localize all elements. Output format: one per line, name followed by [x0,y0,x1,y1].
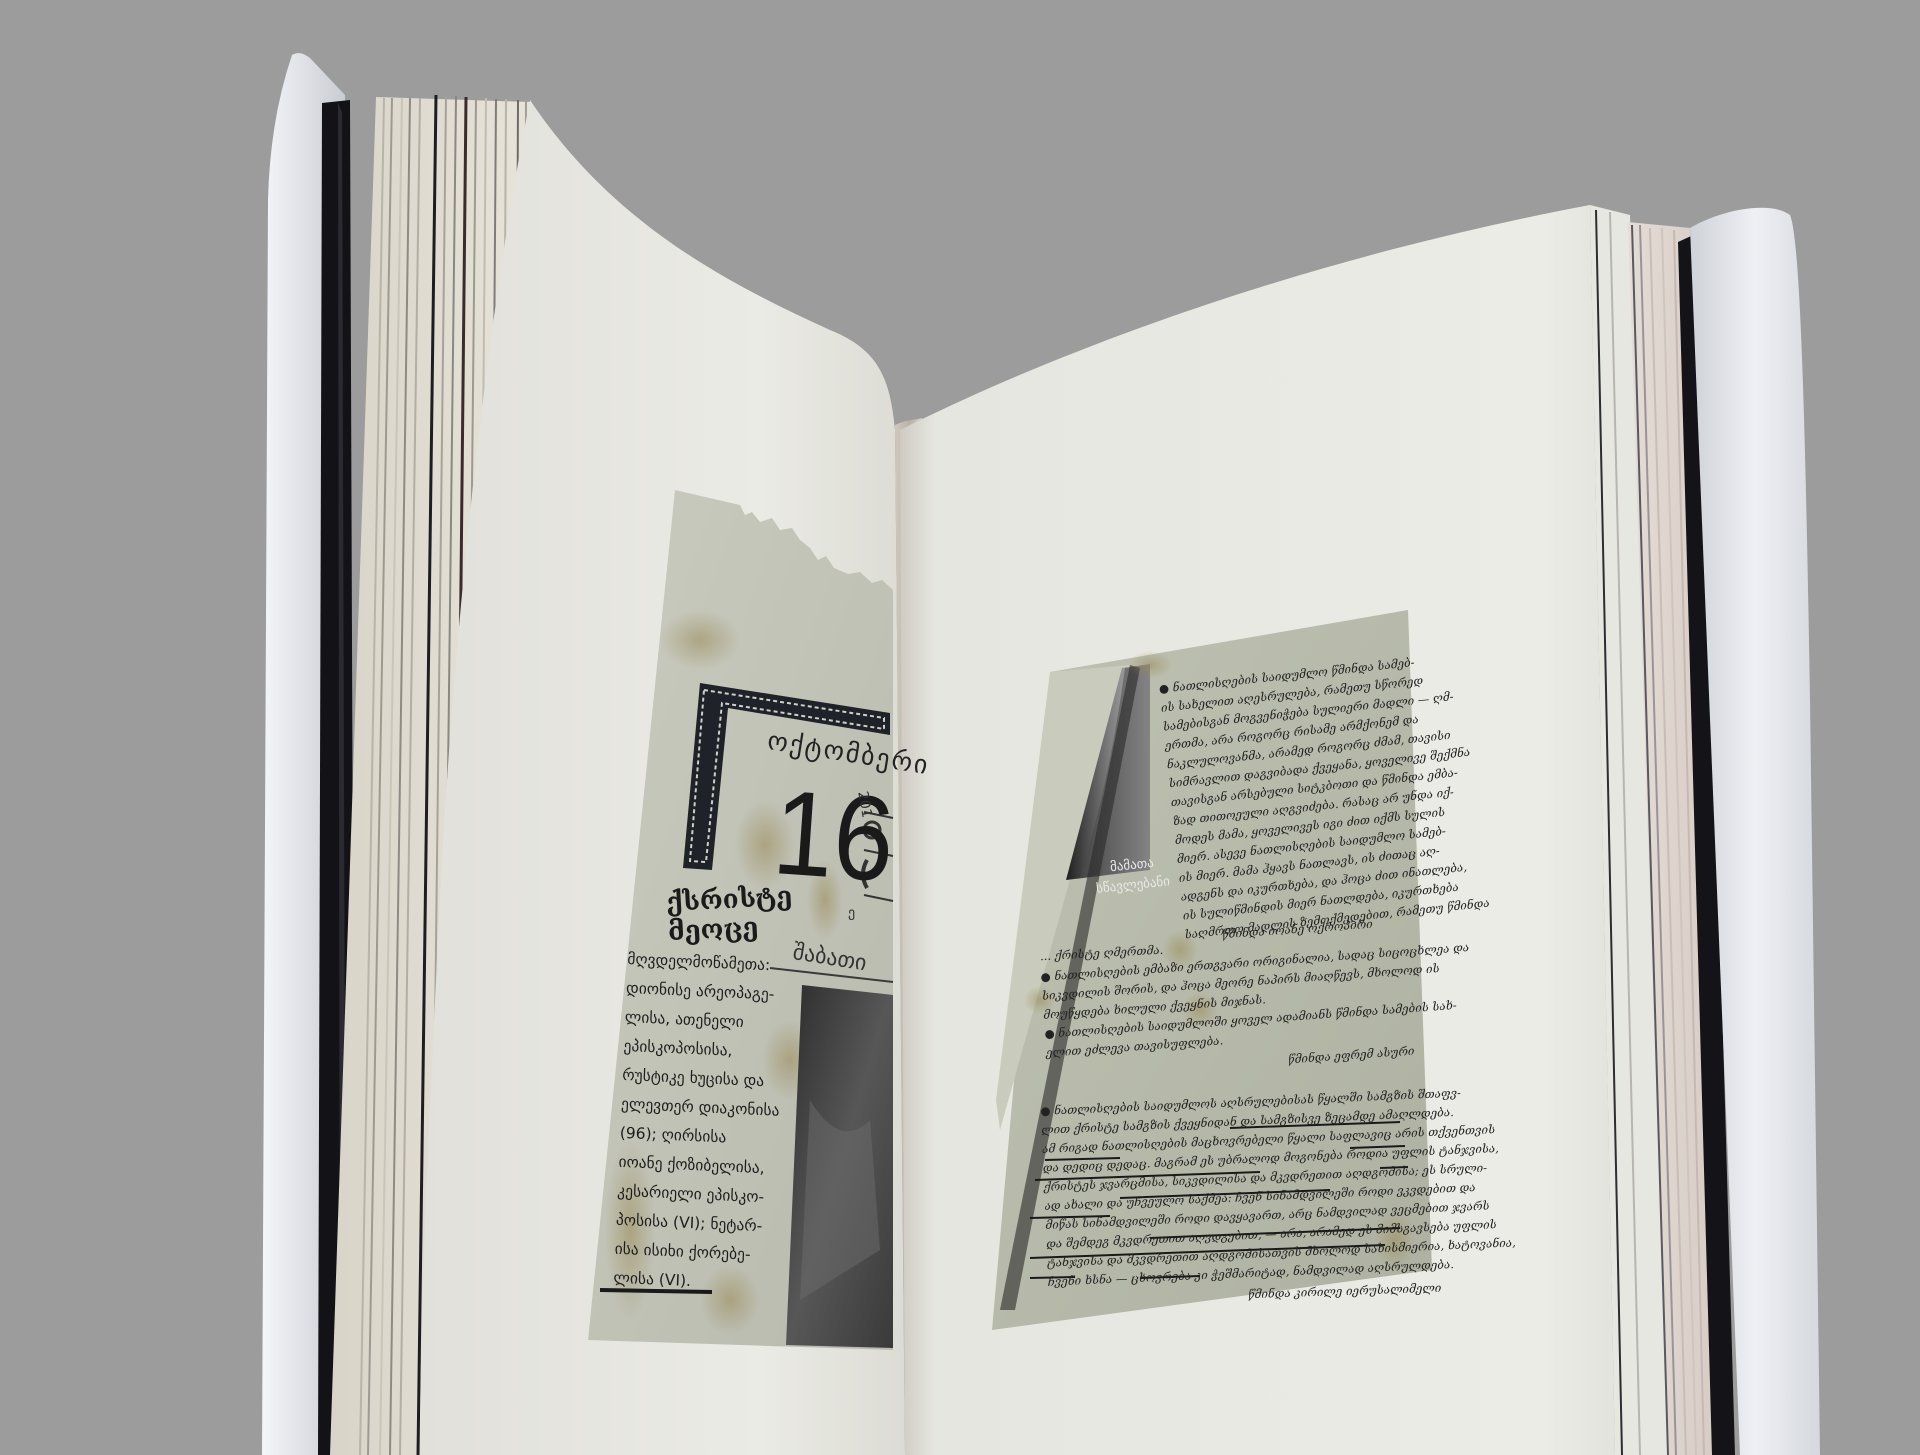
document-section-3: ● ნათლისღების საიდუმლოს აღსრულებისას წყა… [1040,1086,1418,1292]
open-book: ოქტომბერი 16 ე 201 შაბათი ქსრისტე მეოცე … [0,0,1920,1455]
document-section-1: ● ნათლისღების საიდუმლო წმინდა სამებ- ის … [1158,655,1424,945]
document-page: მამათა სწავლებანი ● ნათლისღების საიდუმლო… [0,0,1920,1455]
document-paper [0,0,1920,1455]
